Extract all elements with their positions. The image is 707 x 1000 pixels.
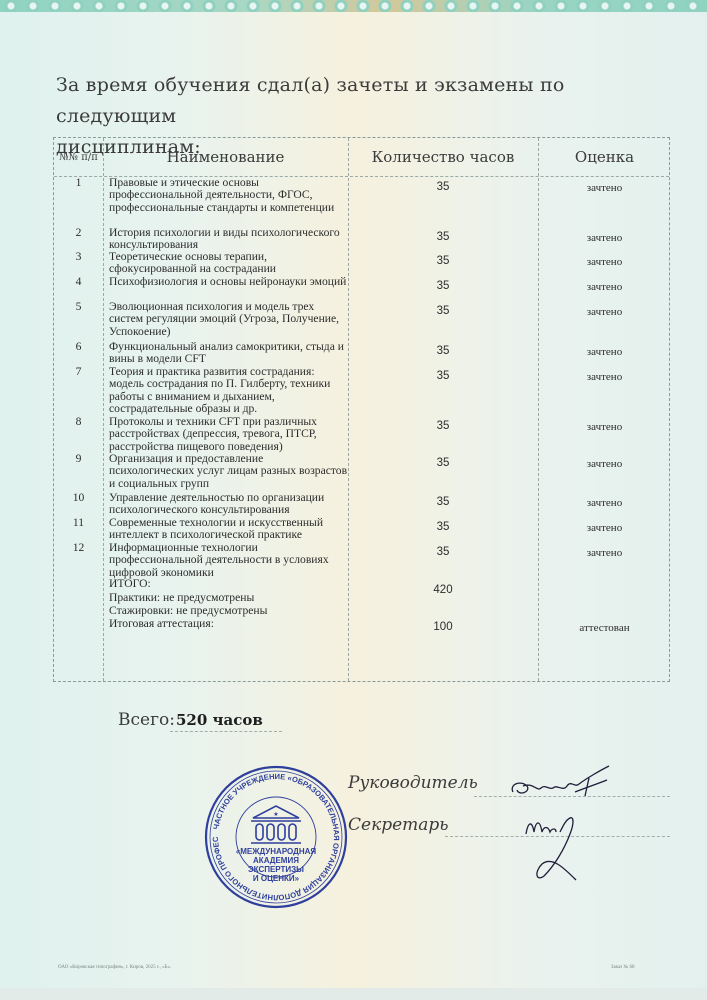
bottom-band — [0, 988, 707, 1000]
order-number: Заказ № 68 — [611, 965, 635, 970]
row-discipline-name: Теория и практика развития сострадания: … — [109, 366, 349, 415]
row-hours: 35 — [348, 181, 538, 193]
row-hours: 35 — [348, 231, 538, 243]
row-discipline-name: Теоретические основы терапии, сфокусиров… — [109, 251, 349, 276]
row-hours: 35 — [348, 521, 538, 533]
row-grade: зачтено — [538, 371, 671, 383]
row-hours: 35 — [348, 345, 538, 357]
secretary-signature — [520, 810, 600, 885]
row-number: 12 — [54, 542, 103, 554]
header-number: №№ п/п — [54, 138, 103, 176]
total-label: Всего: — [118, 710, 175, 730]
row-discipline-name: История психологии и виды психологическо… — [109, 227, 349, 252]
row-number: 11 — [54, 517, 103, 529]
row-grade: зачтено — [538, 182, 671, 194]
row-discipline-name: Организация и предоставление психологиче… — [109, 453, 349, 490]
summary-final-grade: аттестован — [538, 622, 671, 634]
row-grade: зачтено — [538, 306, 671, 318]
row-grade: зачтено — [538, 522, 671, 534]
summary-final-hours: 100 — [348, 621, 538, 633]
row-discipline-name: Правовые и этические основы профессионал… — [109, 177, 349, 214]
decorative-border-top — [0, 0, 707, 12]
total-value: 520 часов — [176, 711, 263, 729]
row-hours: 35 — [348, 496, 538, 508]
row-number: 6 — [54, 341, 103, 353]
summary-internship: Стажировки: не предусмотрены — [109, 605, 349, 617]
row-number: 3 — [54, 251, 103, 263]
row-grade: зачтено — [538, 547, 671, 559]
row-grade: зачтено — [538, 421, 671, 433]
row-hours: 35 — [348, 420, 538, 432]
row-discipline-name: Психофизиология и основы нейронауки эмоц… — [109, 276, 349, 288]
svg-text:АКАДЕМИЯ: АКАДЕМИЯ — [253, 856, 299, 865]
row-discipline-name: Управление деятельностью по организации … — [109, 492, 349, 517]
heading-line-1: За время обучения сдал(а) зачеты и экзам… — [56, 74, 565, 127]
summary-total-label: ИТОГО: — [109, 578, 349, 590]
row-hours: 35 — [348, 370, 538, 382]
summary-final-label: Итоговая аттестация: — [109, 618, 349, 630]
total-underline — [170, 731, 282, 732]
row-hours: 35 — [348, 546, 538, 558]
row-grade: зачтено — [538, 281, 671, 293]
svg-text:ЭКСПЕРТИЗЫ: ЭКСПЕРТИЗЫ — [248, 865, 304, 874]
row-discipline-name: Эволюционная психология и модель трех си… — [109, 301, 349, 338]
row-discipline-name: Информационные технологии профессиональн… — [109, 542, 349, 579]
svg-text:И ОЦЕНКИ»: И ОЦЕНКИ» — [253, 874, 300, 883]
row-number: 7 — [54, 366, 103, 378]
printer-info: ОАО «Кировская типография», г. Киров, 20… — [58, 965, 171, 970]
row-discipline-name: Современные технологии и искусственный и… — [109, 517, 349, 542]
row-number: 10 — [54, 492, 103, 504]
disciplines-table: №№ п/п Наименование Количество часов Оце… — [53, 137, 670, 682]
row-grade: зачтено — [538, 256, 671, 268]
summary-total-hours: 420 — [348, 584, 538, 596]
row-grade: зачтено — [538, 232, 671, 244]
row-grade: зачтено — [538, 458, 671, 470]
secretary-signature-label: Секретарь — [348, 815, 449, 835]
row-discipline-name: Функциональный анализ самокритики, стыда… — [109, 341, 349, 366]
header-name: Наименование — [103, 138, 348, 176]
row-grade: зачтено — [538, 346, 671, 358]
row-number: 4 — [54, 276, 103, 288]
header-grade: Оценка — [538, 138, 671, 176]
column-divider — [103, 138, 104, 681]
row-number: 1 — [54, 177, 103, 189]
row-number: 9 — [54, 453, 103, 465]
row-hours: 35 — [348, 305, 538, 317]
row-number: 8 — [54, 416, 103, 428]
column-divider — [538, 138, 539, 681]
header-hours: Количество часов — [348, 138, 538, 176]
summary-practice: Практики: не предусмотрены — [109, 592, 349, 604]
row-number: 2 — [54, 227, 103, 239]
head-signature-label: Руководитель — [348, 773, 478, 793]
organization-stamp: ЧАСТНОЕ УЧРЕЖДЕНИЕ «ОБРАЗОВАТЕЛЬНАЯ ОРГА… — [201, 762, 351, 912]
svg-text:«МЕЖДУНАРОДНАЯ: «МЕЖДУНАРОДНАЯ — [236, 847, 317, 856]
row-hours: 35 — [348, 457, 538, 469]
svg-text:★: ★ — [273, 811, 278, 818]
row-number: 5 — [54, 301, 103, 313]
row-discipline-name: Протоколы и техники CFT при различных ра… — [109, 416, 349, 453]
head-signature — [505, 762, 620, 807]
row-hours: 35 — [348, 255, 538, 267]
row-grade: зачтено — [538, 497, 671, 509]
row-hours: 35 — [348, 280, 538, 292]
